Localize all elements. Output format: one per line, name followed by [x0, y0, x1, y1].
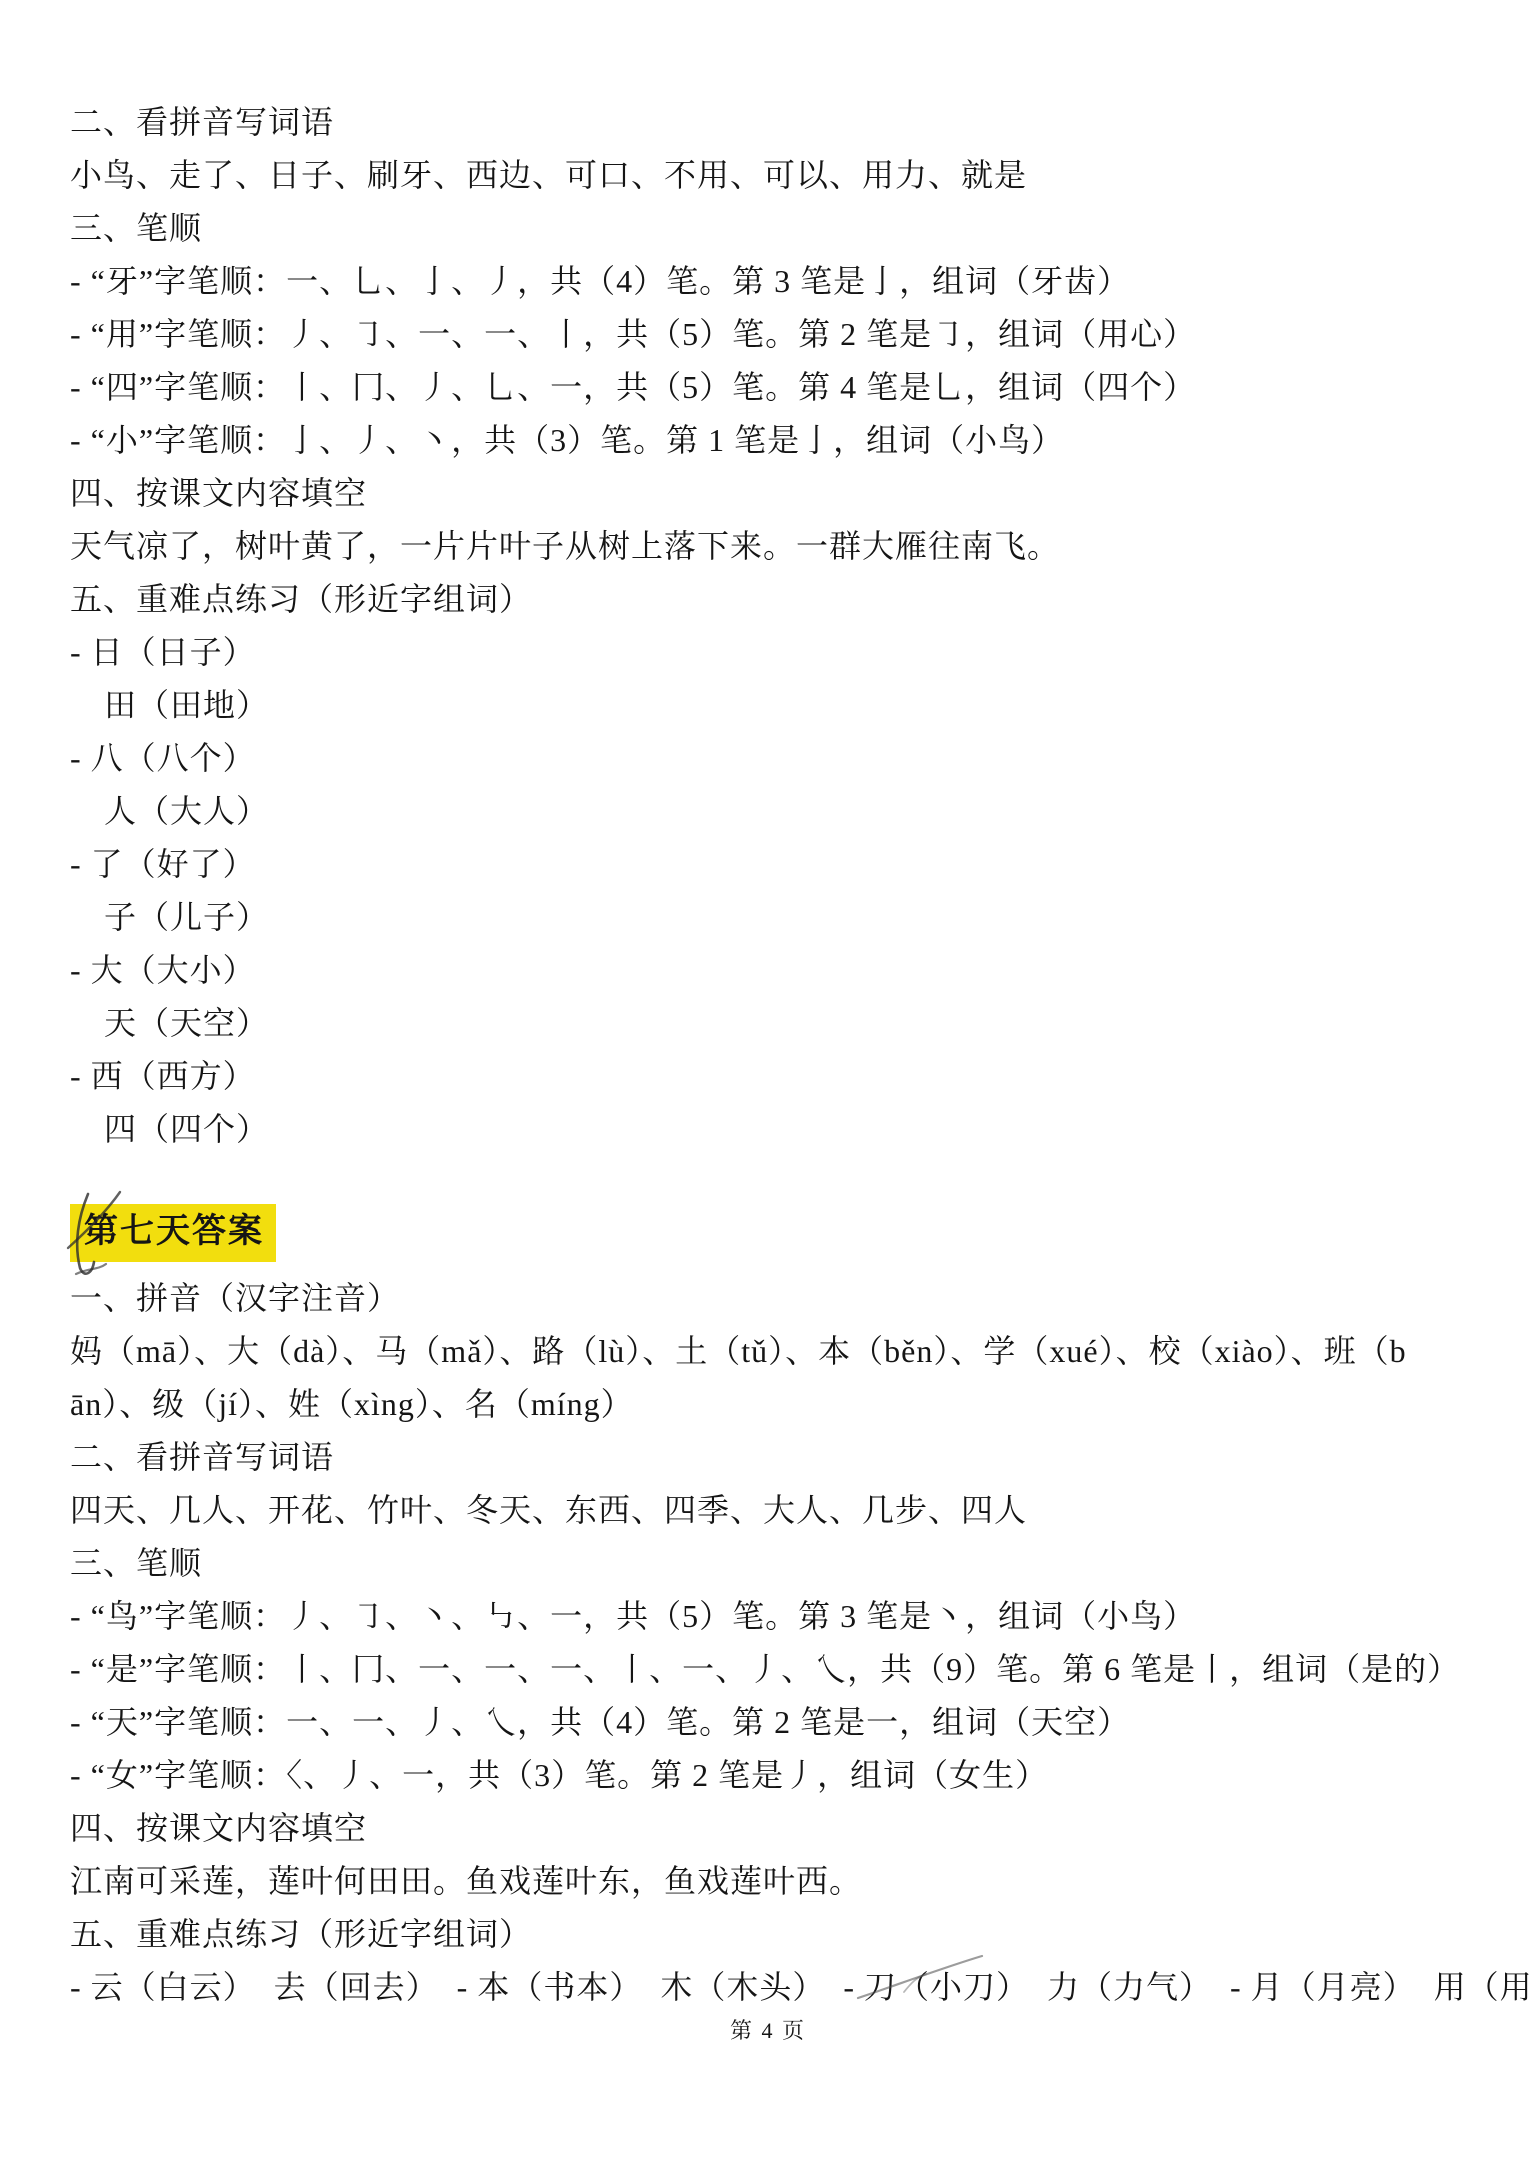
text-line: - 西（西方） [70, 1050, 1516, 1103]
text-line: 四（四个） [70, 1103, 1516, 1156]
text-line: 一、拼音（汉字注音） [70, 1272, 1516, 1325]
text-line: - “小”字笔顺：亅、丿、丶，共（3）笔。第 1 笔是亅，组词（小鸟） [70, 414, 1516, 467]
text-line: 江南可采莲，莲叶何田田。鱼戏莲叶东，鱼戏莲叶西。 [70, 1855, 1516, 1908]
text-line: 天气凉了，树叶黄了，一片片叶子从树上落下来。一群大雁往南飞。 [70, 520, 1516, 573]
text-line: - 了（好了） [70, 838, 1516, 891]
document-body: 二、看拼音写词语 小鸟、走了、日子、刷牙、西边、可口、不用、可以、用力、就是 三… [70, 96, 1516, 2014]
text-line: 四、按课文内容填空 [70, 1802, 1516, 1855]
text-line: - “用”字笔顺：丿、㇆、一、一、丨，共（5）笔。第 2 笔是㇆，组词（用心） [70, 308, 1516, 361]
text-line: 四、按课文内容填空 [70, 467, 1516, 520]
page-number: 第 4 页 [0, 2014, 1536, 2045]
text-line: 五、重难点练习（形近字组词） [70, 1908, 1516, 1961]
text-line: 二、看拼音写词语 [70, 96, 1516, 149]
text-line: - “四”字笔顺：丨、冂、丿、乚、一，共（5）笔。第 4 笔是乚，组词（四个） [70, 361, 1516, 414]
text-line: 四天、几人、开花、竹叶、冬天、东西、四季、大人、几步、四人 [70, 1484, 1516, 1537]
text-line: 三、笔顺 [70, 202, 1516, 255]
text-line: 天（天空） [70, 997, 1516, 1050]
text-line: - 日（日子） [70, 626, 1516, 679]
text-line: 五、重难点练习（形近字组词） [70, 573, 1516, 626]
text-line: - “牙”字笔顺：一、乚、亅、丿，共（4）笔。第 3 笔是亅，组词（牙齿） [70, 255, 1516, 308]
text-line: 田（田地） [70, 679, 1516, 732]
text-line: - “女”字笔顺：〈、丿、一，共（3）笔。第 2 笔是丿，组词（女生） [70, 1749, 1516, 1802]
text-line: - 大（大小） [70, 944, 1516, 997]
text-line: 子（儿子） [70, 891, 1516, 944]
text-line: ān）、级（jí）、姓（xìng）、名（míng） [70, 1378, 1516, 1431]
text-line: - “是”字笔顺：丨、冂、一、一、一、丨、一、丿、乀，共（9）笔。第 6 笔是丨… [70, 1643, 1516, 1696]
text-line: - “天”字笔顺：一、一、丿、乀，共（4）笔。第 2 笔是一，组词（天空） [70, 1696, 1516, 1749]
text-line: - 云（白云） 去（回去） - 本（书本） 木（木头） - 刀（小刀） 力（力气… [70, 1961, 1516, 2014]
text-line: - “鸟”字笔顺：丿、㇆、丶、㇉、一，共（5）笔。第 3 笔是丶，组词（小鸟） [70, 1590, 1516, 1643]
document-page: 二、看拼音写词语 小鸟、走了、日子、刷牙、西边、可口、不用、可以、用力、就是 三… [0, 0, 1536, 2171]
day7-answers-heading: 第七天答案 [70, 1204, 276, 1262]
text-line: 妈（mā）、大（dà）、马（mǎ）、路（lù）、土（tǔ）、本（běn）、学（x… [70, 1325, 1516, 1378]
text-line: 三、笔顺 [70, 1537, 1516, 1590]
section-gap [70, 1156, 1516, 1204]
day7-answers-heading-row: 第七天答案 [70, 1204, 1516, 1272]
text-line: 人（大人） [70, 785, 1516, 838]
text-line: 小鸟、走了、日子、刷牙、西边、可口、不用、可以、用力、就是 [70, 149, 1516, 202]
text-line: 二、看拼音写词语 [70, 1431, 1516, 1484]
text-line: - 八（八个） [70, 732, 1516, 785]
